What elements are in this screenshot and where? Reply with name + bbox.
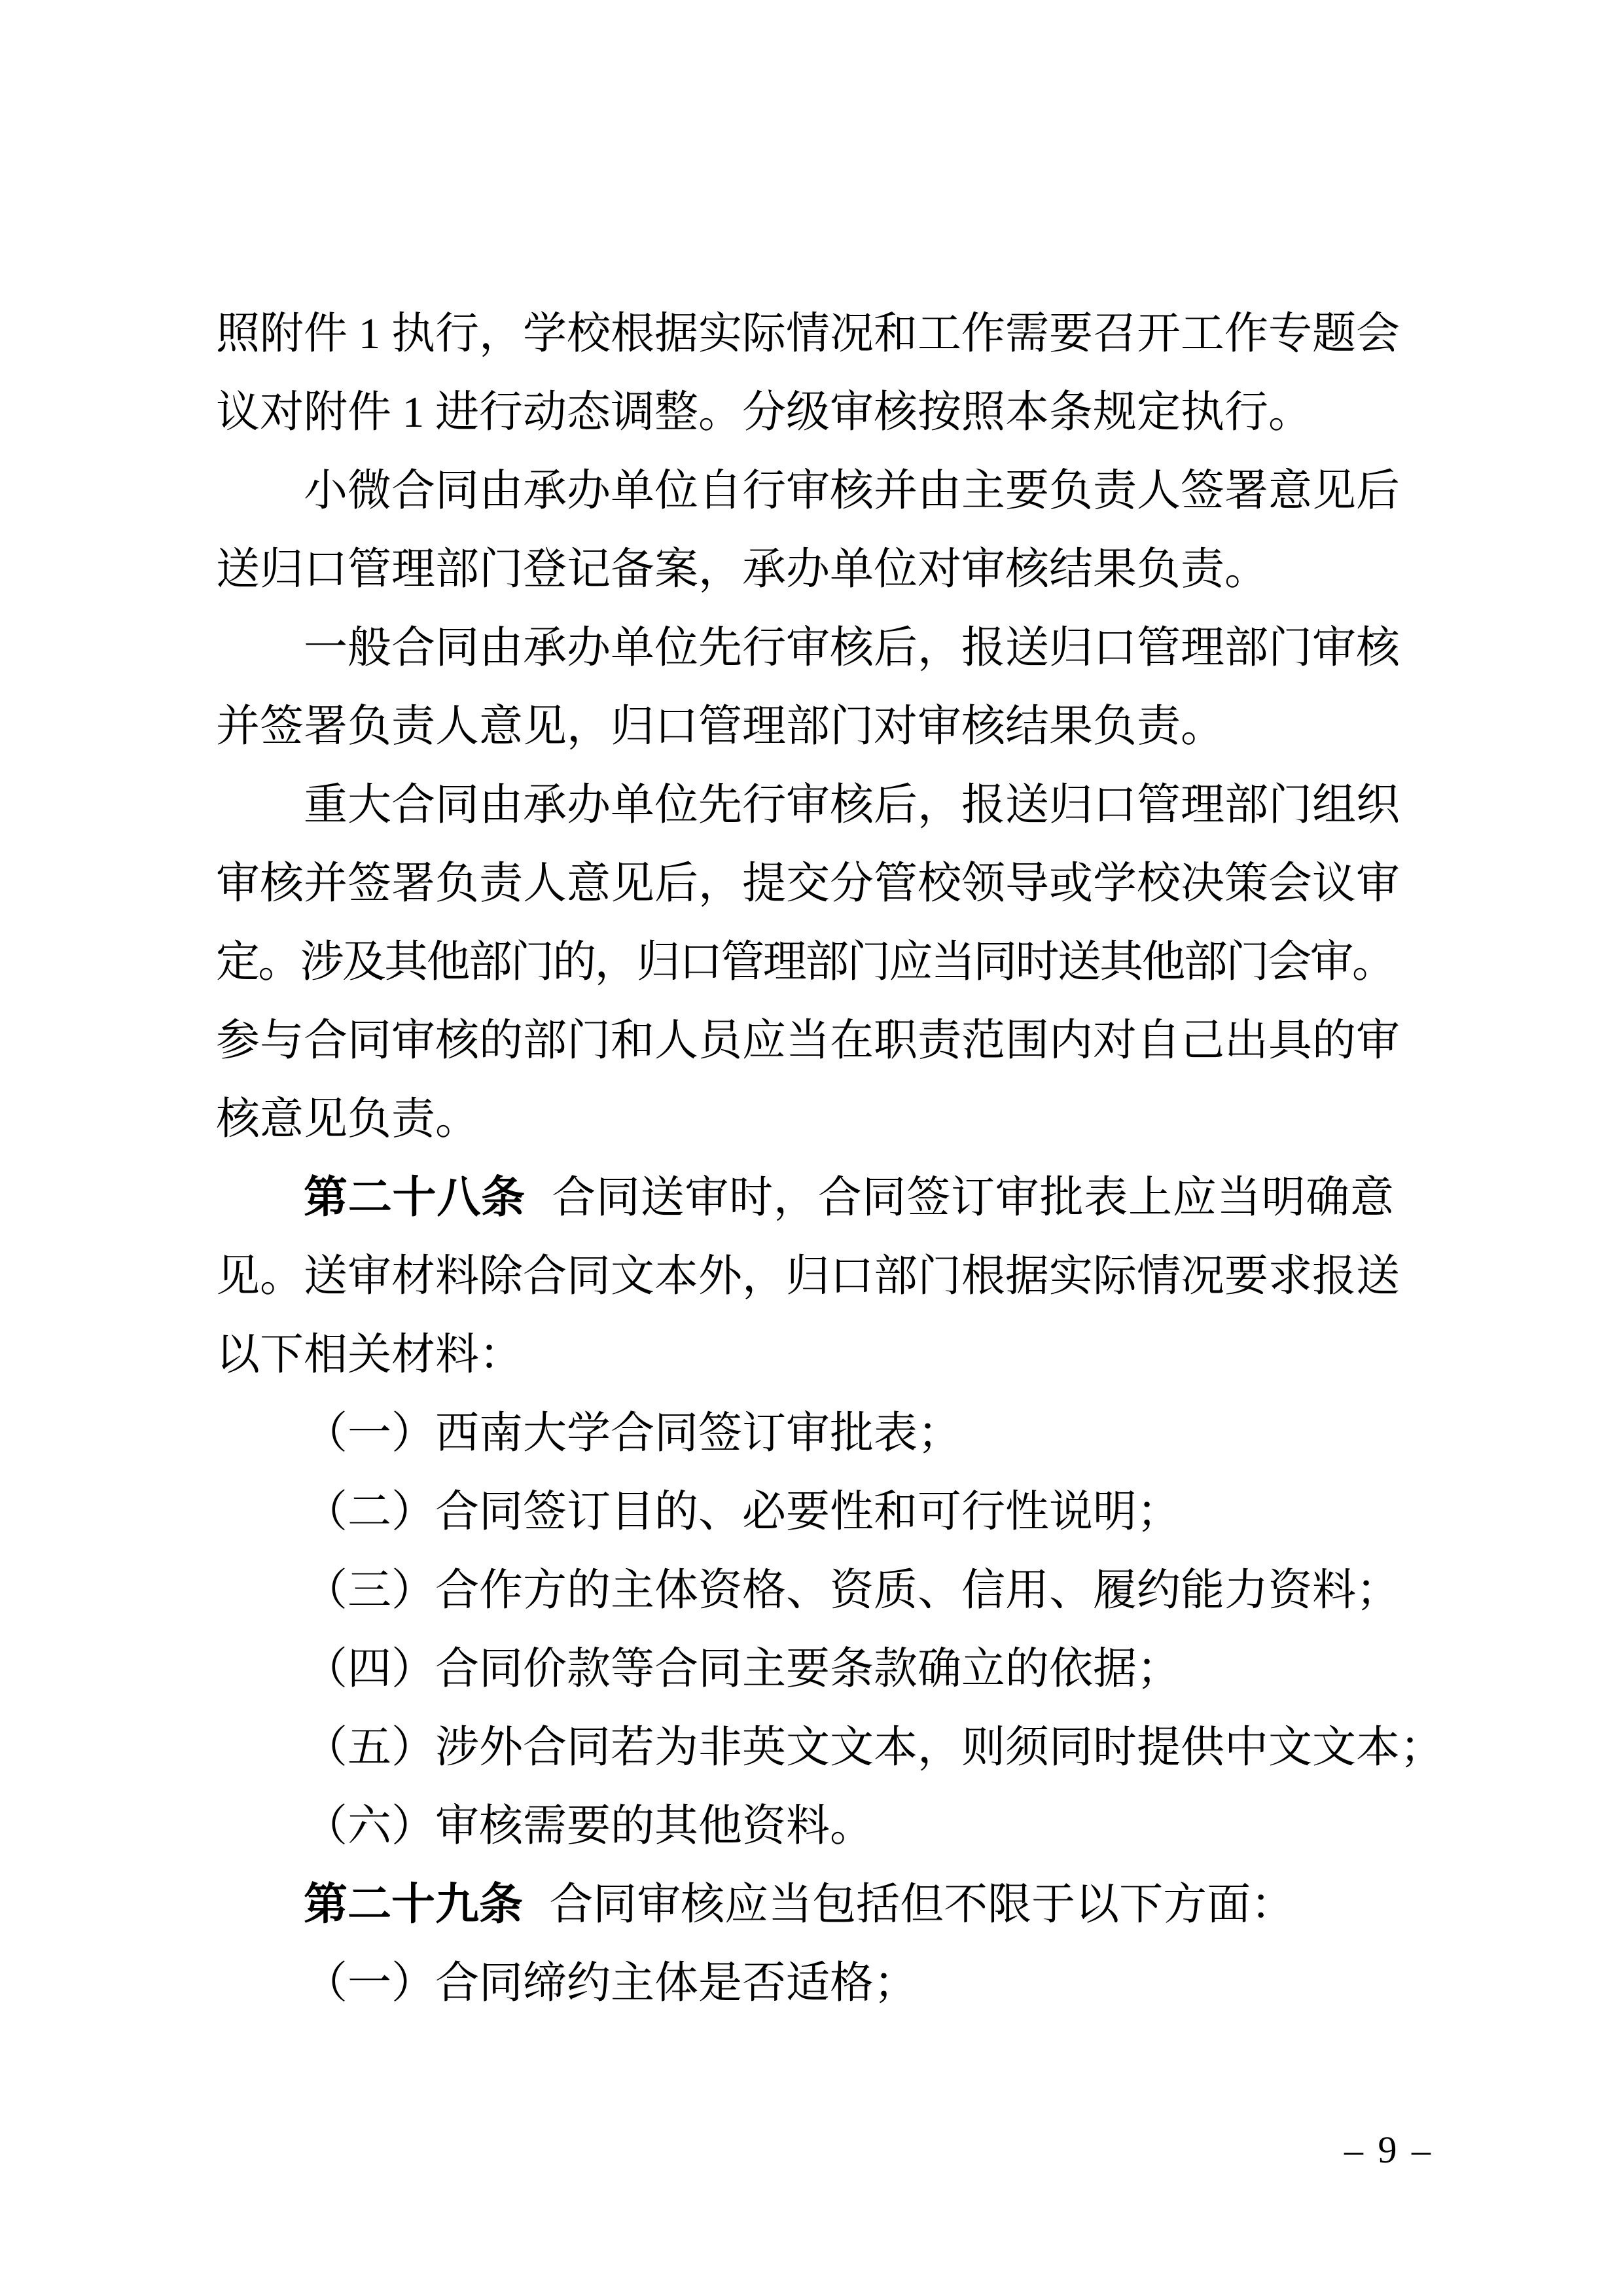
list-item: （一）西南大学合同签订审批表； bbox=[216, 1394, 1394, 1473]
list-item: （二）合同签订目的、必要性和可行性说明； bbox=[216, 1473, 1394, 1551]
text-line: 见。送审材料除合同文本外，归口部门根据实际情况要求报送 bbox=[216, 1237, 1394, 1316]
text-line: 照附件 1 执行，学校根据实际情况和工作需要召开工作专题会 bbox=[216, 295, 1394, 373]
text-line: 审核并签署负责人意见后，提交分管校领导或学校决策会议审 bbox=[216, 844, 1394, 923]
text-line-article-29: 第二十九条合同审核应当包括但不限于以下方面： bbox=[216, 1865, 1394, 1944]
line-text: 合同送审时，合同签订审批表上应当明确意 bbox=[552, 1174, 1394, 1222]
list-item: （四）合同价款等合同主要条款确立的依据； bbox=[216, 1630, 1394, 1708]
list-item: （一）合同缔约主体是否适格； bbox=[216, 1944, 1394, 2022]
list-item: （五）涉外合同若为非英文文本，则须同时提供中文文本； bbox=[216, 1708, 1394, 1787]
line-text: 合同审核应当包括但不限于以下方面： bbox=[549, 1880, 1294, 1929]
text-line: 议对附件 1 进行动态调整。分级审核按照本条规定执行。 bbox=[216, 373, 1394, 452]
document-page: 照附件 1 执行，学校根据实际情况和工作需要召开工作专题会 议对附件 1 进行动… bbox=[0, 0, 1623, 2296]
text-line: 并签署负责人意见，归口管理部门对审核结果负责。 bbox=[216, 687, 1394, 766]
list-item: （六）审核需要的其他资料。 bbox=[216, 1787, 1394, 1865]
text-line: 核意见负责。 bbox=[216, 1080, 1394, 1158]
text-line: 小微合同由承办单位自行审核并由主要负责人签署意见后 bbox=[216, 452, 1394, 530]
page-number: – 9 – bbox=[1344, 2131, 1433, 2169]
text-line: 定。涉及其他部门的，归口管理部门应当同时送其他部门会审。 bbox=[216, 923, 1394, 1001]
list-item: （三）合作方的主体资格、资质、信用、履约能力资料； bbox=[216, 1551, 1394, 1630]
text-line: 重大合同由承办单位先行审核后，报送归口管理部门组织 bbox=[216, 766, 1394, 844]
text-line: 送归口管理部门登记备案，承办单位对审核结果负责。 bbox=[216, 530, 1394, 609]
text-line: 以下相关材料： bbox=[216, 1316, 1394, 1394]
text-block: 照附件 1 执行，学校根据实际情况和工作需要召开工作专题会 议对附件 1 进行动… bbox=[216, 295, 1394, 2022]
text-line: 一般合同由承办单位先行审核后，报送归口管理部门审核 bbox=[216, 609, 1394, 687]
text-line-article-28: 第二十八条合同送审时，合同签订审批表上应当明确意 bbox=[216, 1158, 1394, 1237]
text-line: 参与合同审核的部门和人员应当在职责范围内对自己出具的审 bbox=[216, 1001, 1394, 1080]
article-number: 第二十八条 bbox=[304, 1173, 526, 1222]
article-number: 第二十九条 bbox=[304, 1880, 523, 1929]
